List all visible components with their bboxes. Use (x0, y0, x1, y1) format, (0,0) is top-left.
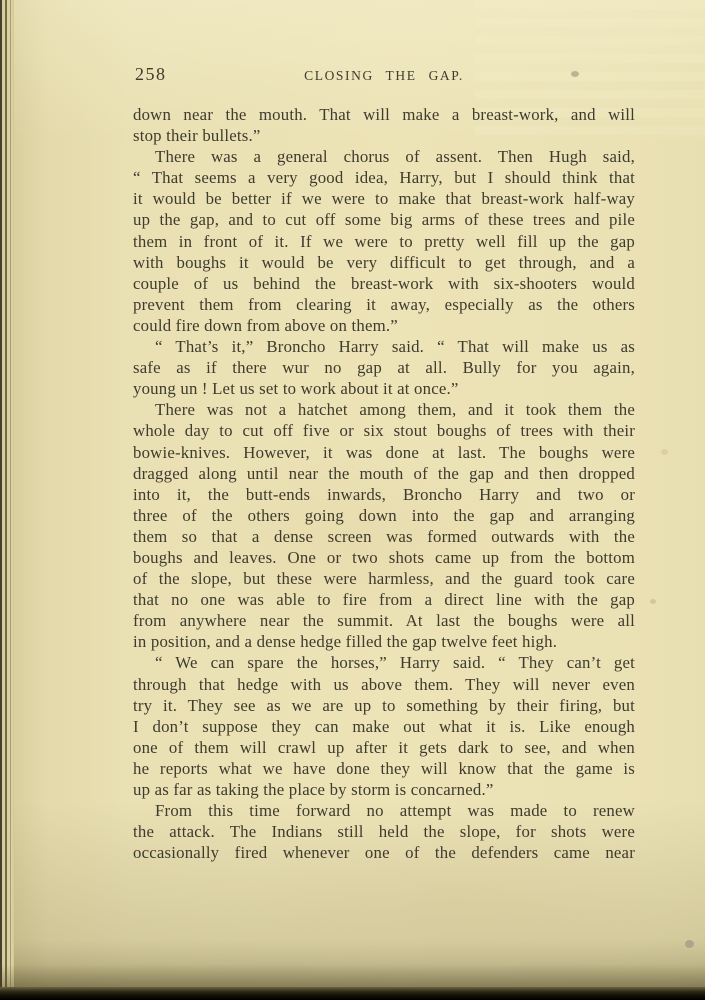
paragraph: down near the mouth. That will make a br… (133, 104, 635, 146)
text-line: There was a general chorus of assent. Th… (133, 146, 635, 167)
text-line: one of them will crawl up after it gets … (133, 737, 635, 758)
text-line: occasionally fired whenever one of the d… (133, 842, 635, 863)
text-line: the attack. The Indians still held the s… (133, 821, 635, 842)
paragraph: There was not a hatchet among them, and … (133, 399, 635, 652)
text-line: in position, and a dense hedge filled th… (133, 631, 635, 652)
text-line: young un ! Let us set to work about it a… (133, 378, 635, 399)
text-line: of the slope, but these were harmless, a… (133, 568, 635, 589)
page-edge-stack (0, 0, 14, 992)
text-line: prevent them from clearing it away, espe… (133, 294, 635, 315)
text-line: that no one was able to fire from a dire… (133, 589, 635, 610)
text-line: couple of us behind the breast-work with… (133, 273, 635, 294)
text-line: through that hedge with us above them. T… (133, 674, 635, 695)
text-line: “ We can spare the horses,” Harry said. … (133, 652, 635, 673)
text-line: stop their bullets.” (133, 125, 635, 146)
text-line: down near the mouth. That will make a br… (133, 104, 635, 125)
page-header: 258 CLOSING THE GAP. (133, 64, 635, 86)
text-line: dragged along until near the mouth of th… (133, 463, 635, 484)
text-line: could fire down from above on them.” (133, 315, 635, 336)
paragraph: From this time forward no attempt was ma… (133, 800, 635, 863)
foxing-speck (661, 449, 668, 455)
paragraph: There was a general chorus of assent. Th… (133, 146, 635, 336)
text-line: it would be better if we were to make th… (133, 188, 635, 209)
text-line: whole day to cut off five or six stout b… (133, 420, 635, 441)
text-line: From this time forward no attempt was ma… (133, 800, 635, 821)
page-content: 258 CLOSING THE GAP. down near the mouth… (133, 64, 635, 863)
text-line: I don’t suppose they can make out what i… (133, 716, 635, 737)
text-line: into it, the butt-ends inwards, Broncho … (133, 484, 635, 505)
foxing-speck (650, 599, 656, 604)
text-line: boughs and leaves. One or two shots came… (133, 547, 635, 568)
text-line: up as far as taking the place by storm i… (133, 779, 635, 800)
book-bottom-edge (0, 987, 705, 1000)
text-line: “ That’s it,” Broncho Harry said. “ That… (133, 336, 635, 357)
paragraph: “ That’s it,” Broncho Harry said. “ That… (133, 336, 635, 399)
text-line: them so that a dense screen was formed o… (133, 526, 635, 547)
book-scan: 258 CLOSING THE GAP. down near the mouth… (0, 0, 705, 1000)
text-line: up the gap, and to cut off some big arms… (133, 209, 635, 230)
text-line: them in front of it. If we were to prett… (133, 231, 635, 252)
page-bottom-shadow (0, 964, 705, 988)
text-line: There was not a hatchet among them, and … (133, 399, 635, 420)
text-line: bowie-knives. However, it was done at la… (133, 442, 635, 463)
text-line: safe as if there wur no gap at all. Bull… (133, 357, 635, 378)
text-line: from anywhere near the summit. At last t… (133, 610, 635, 631)
foxing-speck (685, 940, 694, 948)
paragraph: “ We can spare the horses,” Harry said. … (133, 652, 635, 800)
running-head: CLOSING THE GAP. (133, 68, 635, 84)
text-line: “ That seems a very good idea, Harry, bu… (133, 167, 635, 188)
text-line: with boughs it would be very difficult t… (133, 252, 635, 273)
text-line: he reports what we have done they will k… (133, 758, 635, 779)
body-text: down near the mouth. That will make a br… (133, 104, 635, 863)
text-line: try it. They see as we are up to somethi… (133, 695, 635, 716)
text-line: three of the others going down into the … (133, 505, 635, 526)
